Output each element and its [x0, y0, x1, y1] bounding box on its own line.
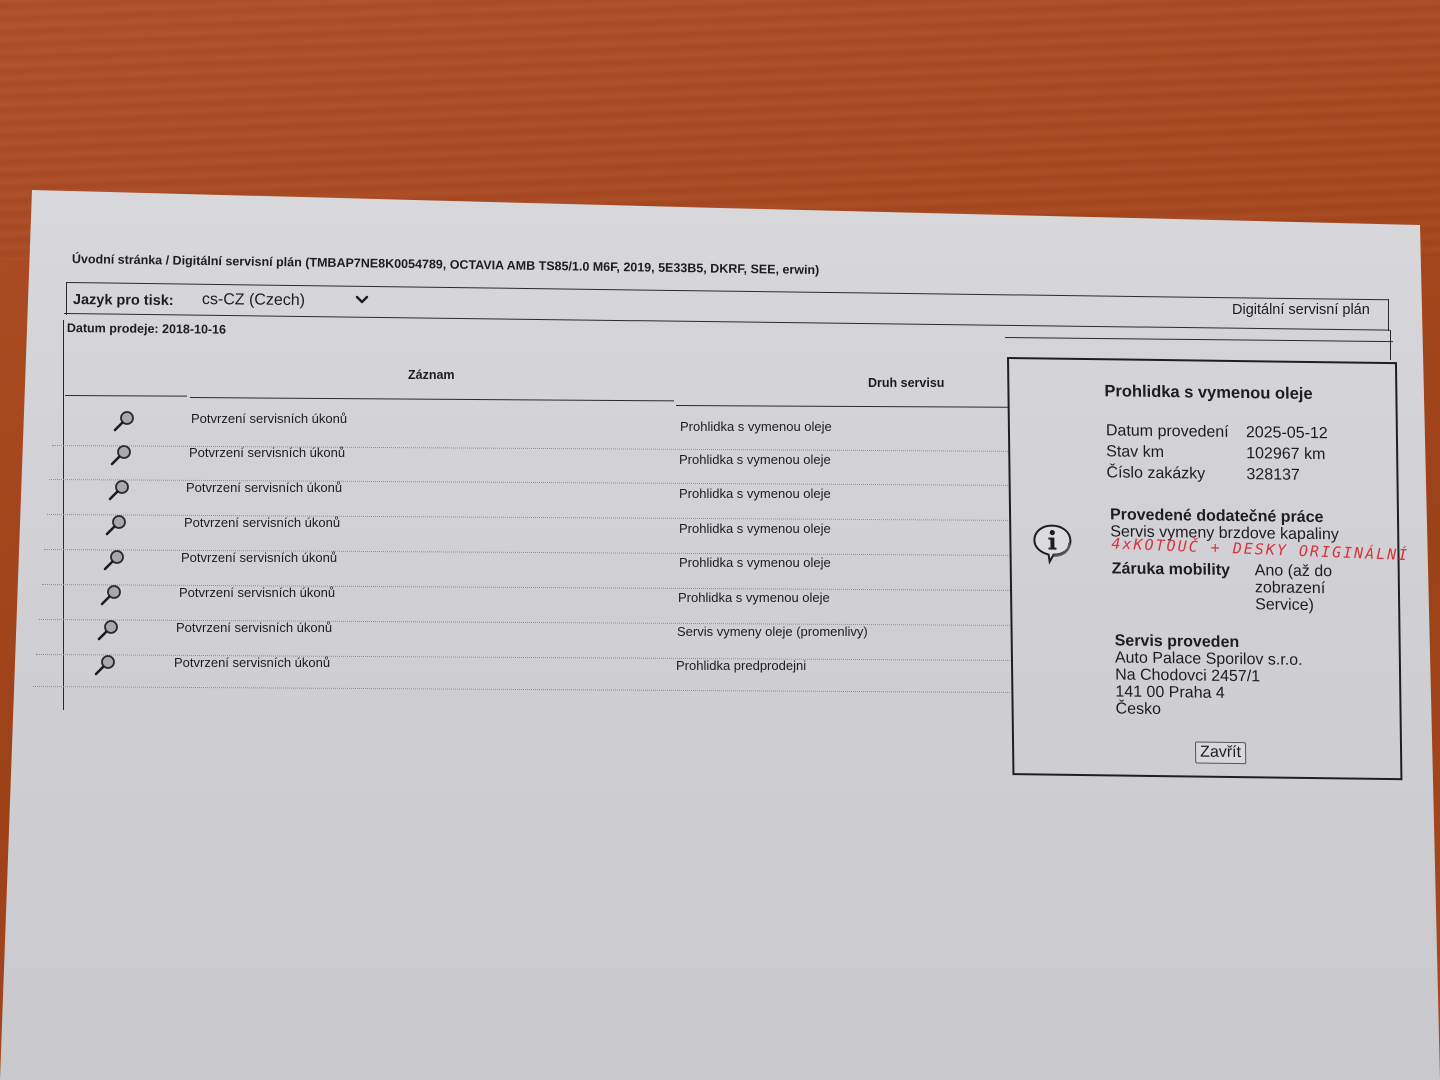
record-name: Potvrzení servisních úkonů: [186, 480, 342, 495]
table-row[interactable]: Potvrzení servisních úkonůServis vymeny …: [0, 618, 1010, 652]
print-language-select[interactable]: cs-CZ (Czech): [202, 291, 305, 310]
mobility-warranty: Záruka mobility Ano (až do zobrazení Ser…: [1112, 560, 1366, 614]
table-row[interactable]: Potvrzení servisních úkonůProhlidka s vy…: [0, 478, 1010, 512]
field-value: 102967 km: [1246, 443, 1325, 465]
magnifier-icon[interactable]: [104, 513, 128, 537]
frame-mid-line: [64, 313, 1390, 331]
field-label: Číslo zakázky: [1106, 462, 1246, 485]
field-value: 328137: [1246, 464, 1300, 486]
frame-sub-line: [1005, 337, 1393, 342]
service-type: Prohlidka s vymenou oleje: [679, 452, 831, 467]
chevron-down-icon[interactable]: [354, 292, 370, 308]
header-underline-record-col: [190, 397, 674, 401]
print-language-label: Jazyk pro tisk:: [73, 292, 174, 309]
mobility-warranty-value: Ano (až do zobrazení Service): [1255, 562, 1366, 614]
record-name: Potvrzení servisních úkonů: [179, 585, 335, 600]
magnifier-icon[interactable]: [96, 618, 120, 642]
info-speech-bubble-icon: [1029, 519, 1076, 566]
dealer-country: Česko: [1115, 700, 1303, 719]
frame-left-line: [66, 283, 67, 315]
magnifier-icon[interactable]: [109, 443, 133, 467]
table-row[interactable]: Potvrzení servisních úkonůProhlidka s vy…: [0, 583, 1010, 617]
record-name: Potvrzení servisních úkonů: [191, 411, 347, 426]
header-underline-type-col: [676, 405, 1008, 408]
field-date: Datum provedení 2025-05-12: [1106, 420, 1328, 444]
dialog-title: Prohlidka s vymenou oleje: [1104, 382, 1312, 404]
service-detail-dialog: Prohlidka s vymenou oleje Datum proveden…: [1007, 357, 1402, 780]
service-performed: Servis proveden Auto Palace Sporilov s.r…: [1115, 632, 1304, 719]
frame-right-line: [1388, 299, 1389, 331]
service-type: Prohlidka predprodejni: [676, 658, 806, 673]
table-row[interactable]: Potvrzení servisních úkonůProhlidka pred…: [0, 653, 1010, 687]
record-name: Potvrzení servisních úkonů: [174, 655, 330, 670]
record-name: Potvrzení servisních úkonů: [189, 445, 345, 460]
field-label: Datum provedení: [1106, 420, 1246, 443]
close-button[interactable]: Zavřít: [1195, 741, 1246, 764]
page-content: Úvodní stránka / Digitální servisní plán…: [0, 0, 1440, 1080]
magnifier-icon[interactable]: [107, 478, 131, 502]
service-type: Prohlidka s vymenou oleje: [679, 555, 831, 570]
field-order-number: Číslo zakázky 328137: [1106, 462, 1328, 486]
table-row[interactable]: Potvrzení servisních úkonůProhlidka s vy…: [0, 513, 1010, 547]
row-divider: [33, 686, 1010, 693]
magnifier-icon[interactable]: [99, 583, 123, 607]
record-name: Potvrzení servisních úkonů: [181, 550, 337, 565]
frame-right-edge: [1390, 330, 1391, 360]
breadcrumb[interactable]: Úvodní stránka / Digitální servisní plán…: [72, 252, 820, 277]
magnifier-icon[interactable]: [102, 548, 126, 572]
column-header-record: Záznam: [408, 368, 455, 382]
service-type: Prohlidka s vymenou oleje: [680, 419, 832, 434]
dialog-fields: Datum provedení 2025-05-12 Stav km 10296…: [1106, 420, 1329, 486]
service-type: Prohlidka s vymenou oleje: [679, 486, 831, 501]
record-name: Potvrzení servisních úkonů: [184, 515, 340, 530]
table-row[interactable]: Potvrzení servisních úkonůProhlidka s vy…: [0, 443, 1010, 477]
field-label: Stav km: [1106, 441, 1246, 464]
service-type: Prohlidka s vymenou oleje: [678, 590, 830, 605]
table-row[interactable]: Potvrzení servisních úkonůProhlidka s vy…: [0, 548, 1010, 582]
service-type: Prohlidka s vymenou oleje: [679, 521, 831, 536]
column-header-service-type: Druh servisu: [868, 376, 944, 390]
field-value: 2025-05-12: [1246, 422, 1328, 444]
table-row[interactable]: Potvrzení servisních úkonůProhlidka s vy…: [0, 409, 1010, 443]
header-underline-icon-col: [65, 395, 187, 397]
sale-date: Datum prodeje: 2018-10-16: [67, 321, 226, 337]
mobility-warranty-label: Záruka mobility: [1112, 560, 1256, 613]
record-name: Potvrzení servisních úkonů: [176, 620, 332, 635]
field-mileage: Stav km 102967 km: [1106, 441, 1328, 465]
panel-title: Digitální servisní plán: [1232, 302, 1370, 318]
service-type: Servis vymeny oleje (promenlivy): [677, 624, 868, 639]
magnifier-icon[interactable]: [112, 409, 136, 433]
magnifier-icon[interactable]: [93, 653, 117, 677]
